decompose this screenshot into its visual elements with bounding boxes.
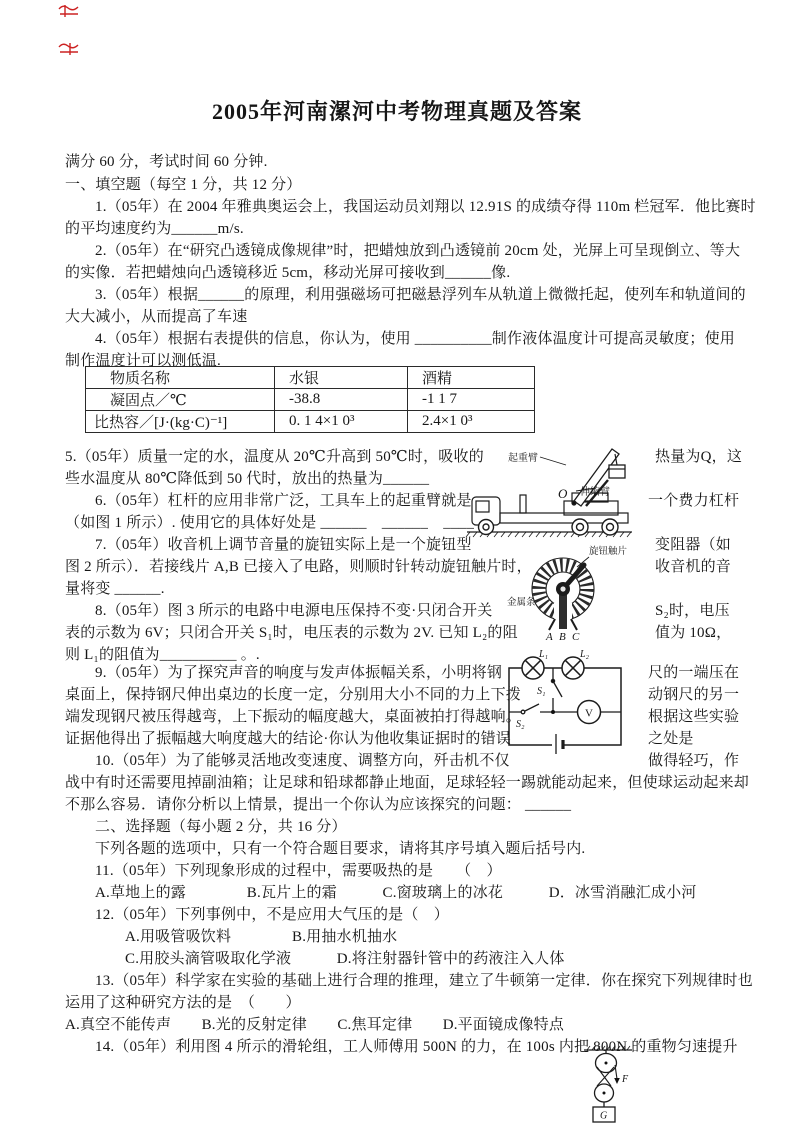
table-cell: 水银: [275, 367, 408, 389]
crane-arm-label: 伸缩臂: [580, 485, 610, 498]
exam-page: 2005年河南漯河中考物理真题及答案 满分 60 分，考试时间 60 分钟. 一…: [0, 0, 794, 1123]
q14-stem: 14.（05年）利用图 4 所示的滑轮组，工人师傅用 500N 的力，在 100…: [95, 1037, 738, 1058]
q12-options-cd: C.用胶头滴管吸取化学液 D.将注射器针管中的药液注入人体: [125, 949, 565, 970]
q8-line2-left: 表的示数为 6V；只闭合开关 S₁时，电压表的示数为 2V. 已知 L₂的阻: [65, 623, 518, 644]
table-cell: 比热容／[J·(kg·C)⁻¹]: [86, 411, 275, 433]
q11-stem: 11.（05年）下列现象形成的过程中，需要吸热的是 （ ）: [95, 861, 502, 882]
section2-title: 二、选择题（每小题 2 分，共 16 分）: [95, 817, 347, 838]
q7-line1-right: 变阻器（如: [655, 535, 731, 556]
table-cell: 2.4×1 0³: [408, 411, 535, 433]
q11-options: A.草地上的露 B.瓦片上的霜 C.窗玻璃上的冰花 D．冰雪消融汇成小河: [95, 883, 697, 904]
q10-line1-right: 做得轻巧，作: [648, 751, 739, 772]
score-line: 满分 60 分，考试时间 60 分钟.: [65, 152, 268, 173]
q9-line1-right: 尺的一端压在: [648, 663, 739, 684]
q10-line2: 战中有时还需要甩掉副油箱；让足球和铅球都静止地面，足球轻轻一踢就能动起来，但使球…: [65, 773, 749, 794]
q9-line2-left: 桌面上，保持钢尺伸出桌边的长度一定，分别用大小不同的力上下拨: [65, 685, 521, 706]
q2-line2: 的实像．若把蜡烛向凸透镜移近 5cm，移动光屏可接收到______像.: [65, 263, 510, 284]
battery: [552, 734, 564, 754]
q8-line2-right: 值为 10Ω，: [655, 623, 731, 644]
terminal-c-label: C: [572, 631, 580, 643]
table-cell: -38.8: [275, 389, 408, 411]
lamp-l2-label: L₂: [579, 649, 590, 660]
terminal-b-label: B: [559, 631, 566, 643]
q12-stem: 12.（05年）下列事例中，不是应用大气压的是（ ）: [95, 905, 449, 926]
table-row: 凝固点／℃ -38.8 -1 1 7: [86, 389, 535, 411]
voltmeter-label: V: [585, 708, 593, 720]
lamp-l2: [562, 657, 584, 679]
circuit-figure: L₁ L₂ S₁ S₂ V: [503, 648, 628, 756]
q5-line2: 些水温度从 80℃降低到 50 代时，放出的热量为______: [65, 469, 429, 490]
page-title: 2005年河南漯河中考物理真题及答案: [0, 95, 794, 126]
q6-line2: （如图 1 所示）. 使用它的具体好处是 ______ ______ ____: [65, 513, 474, 534]
table-cell: 酒精: [408, 367, 535, 389]
q13-stem-line1: 13.（05年）科学家在实验的基础上进行合理的推理，建立了牛顿第一定律．你在探究…: [95, 971, 753, 992]
q8-line1-right: S₂时，电压: [655, 601, 730, 622]
q5-line1-right: 热量为Q，这: [655, 447, 742, 468]
q5-line1-left: 5.（05年）质量一定的水，温度从 20℃升高到 50℃时，吸收的: [65, 447, 484, 468]
force-arrow: [614, 1078, 620, 1084]
pivot-point: [572, 501, 576, 505]
table-cell: 凝固点／℃: [86, 389, 275, 411]
q9-line4-left: 证据他得出了振幅越大响度越大的结论·你认为他收集证据时的错误: [65, 729, 511, 750]
table-row: 比热容／[J·(kg·C)⁻¹] 0. 1 4×1 0³ 2.4×1 0³: [86, 411, 535, 433]
metal-strip-label: 金属条: [507, 596, 536, 608]
lamp-l1: [522, 657, 544, 679]
table-row: 物质名称 水银 酒精: [86, 367, 535, 389]
q3-line1: 3.（05年）根据______的原理，利用强磁场可把磁悬浮列车从轨道上微微托起，…: [95, 285, 746, 306]
force-label: F: [621, 1074, 629, 1085]
table-cell: 物质名称: [86, 367, 275, 389]
q10-line1-left: 10.（05年）为了能够灵活地改变速度、调整方向，歼击机不仅: [95, 751, 510, 772]
crane-figure: 起重臂 O 伸缩臂: [462, 443, 637, 539]
q2-line1: 2.（05年）在“研究凸透镜成像规律”时，把蜡烛放到凸透镜前 20cm 处，光屏…: [95, 241, 740, 262]
q10-line3: 不那么容易．请你分析以上情景，提出一个你认为应该探究的问题： ______: [65, 795, 571, 816]
crane-boom-label: 起重臂: [508, 451, 538, 464]
q6-line1-left: 6.（05年）杠杆的应用非常广泛，工具车上的起重臂就是: [95, 491, 472, 512]
knob-contact-label: 旋钮触片: [589, 545, 628, 557]
switch-s2-label: S₂: [516, 719, 525, 730]
q7-line1-left: 7.（05年）收音机上调节音量的旋钮实际上是一个旋钮型: [95, 535, 472, 556]
q7-line2-right: 收音机的音: [655, 557, 731, 578]
q1-line1: 1.（05年）在 2004 年雅典奥运会上，我国运动员刘翔以 12.91S 的成…: [95, 197, 756, 218]
crane-pivot-label: O: [558, 486, 568, 501]
substance-table: 物质名称 水银 酒精 凝固点／℃ -38.8 -1 1 7 比热容／[J·(kg…: [85, 366, 535, 433]
section1-title: 一、填空题（每空 1 分，共 12 分）: [65, 175, 302, 196]
q8-line1-left: 8.（05年）图 3 所示的电路中电源电压保持不变·只闭合开关: [95, 601, 492, 622]
q7-line2-left: 图 2 所示）．若接线片 A,B 已接入了电路，则顺时针转动旋钮触片时，: [65, 557, 532, 578]
weight-label: G: [600, 1111, 607, 1122]
switch-s1: [551, 668, 562, 712]
lamp-l1-label: L₁: [538, 649, 548, 660]
q9-line3-right: 根据这些实验: [648, 707, 739, 728]
knob-figure: 旋钮触片 金属条 A B C: [505, 543, 640, 643]
q9-line2-right: 动钢尺的另一: [648, 685, 739, 706]
section2-note: 下列各题的选项中，只有一个符合题目要求，请将其序号填入题后括号内.: [95, 839, 585, 860]
q3-line2: 大大减小，从而提高了车速: [65, 307, 247, 328]
q4-line1: 4.（05年）根据右表提供的信息，你认为，使用 __________制作液体温度…: [95, 329, 735, 350]
pulley-figure: F G: [580, 1045, 636, 1123]
table-cell: 0. 1 4×1 0³: [275, 411, 408, 433]
table-cell: -1 1 7: [408, 389, 535, 411]
q6-line1-right: 一个费力杠杆: [648, 491, 739, 512]
q13-stem-line2: 运用了这种研究方法的是 （ ）: [65, 993, 301, 1014]
q13-options: A.真空不能传声 B.光的反射定律 C.焦耳定律 D.平面镜成像特点: [65, 1015, 564, 1036]
switch-s2: [521, 704, 540, 714]
q12-options-ab: A.用吸管吸饮料 B.用抽水机抽水: [125, 927, 397, 948]
q1-line2: 的平均速度约为______m/s.: [65, 219, 244, 240]
q9-line1-left: 9.（05年）为了探究声音的响度与发声体振幅关系，小明将钢: [95, 663, 502, 684]
switch-s1-label: S₁: [537, 686, 545, 697]
q9-line4-right: 之处是: [648, 729, 694, 750]
force-rope: [614, 1065, 620, 1084]
red-mark-icon: [56, 2, 84, 56]
movable-pulley: [595, 1084, 614, 1102]
terminal-a-label: A: [545, 631, 553, 643]
q7-line3: 量将变 ______.: [65, 579, 165, 600]
q9-line3-left: 端发现钢尺被压得越弯，上下振动的幅度越大，桌面被拍打得越响。: [65, 707, 521, 728]
